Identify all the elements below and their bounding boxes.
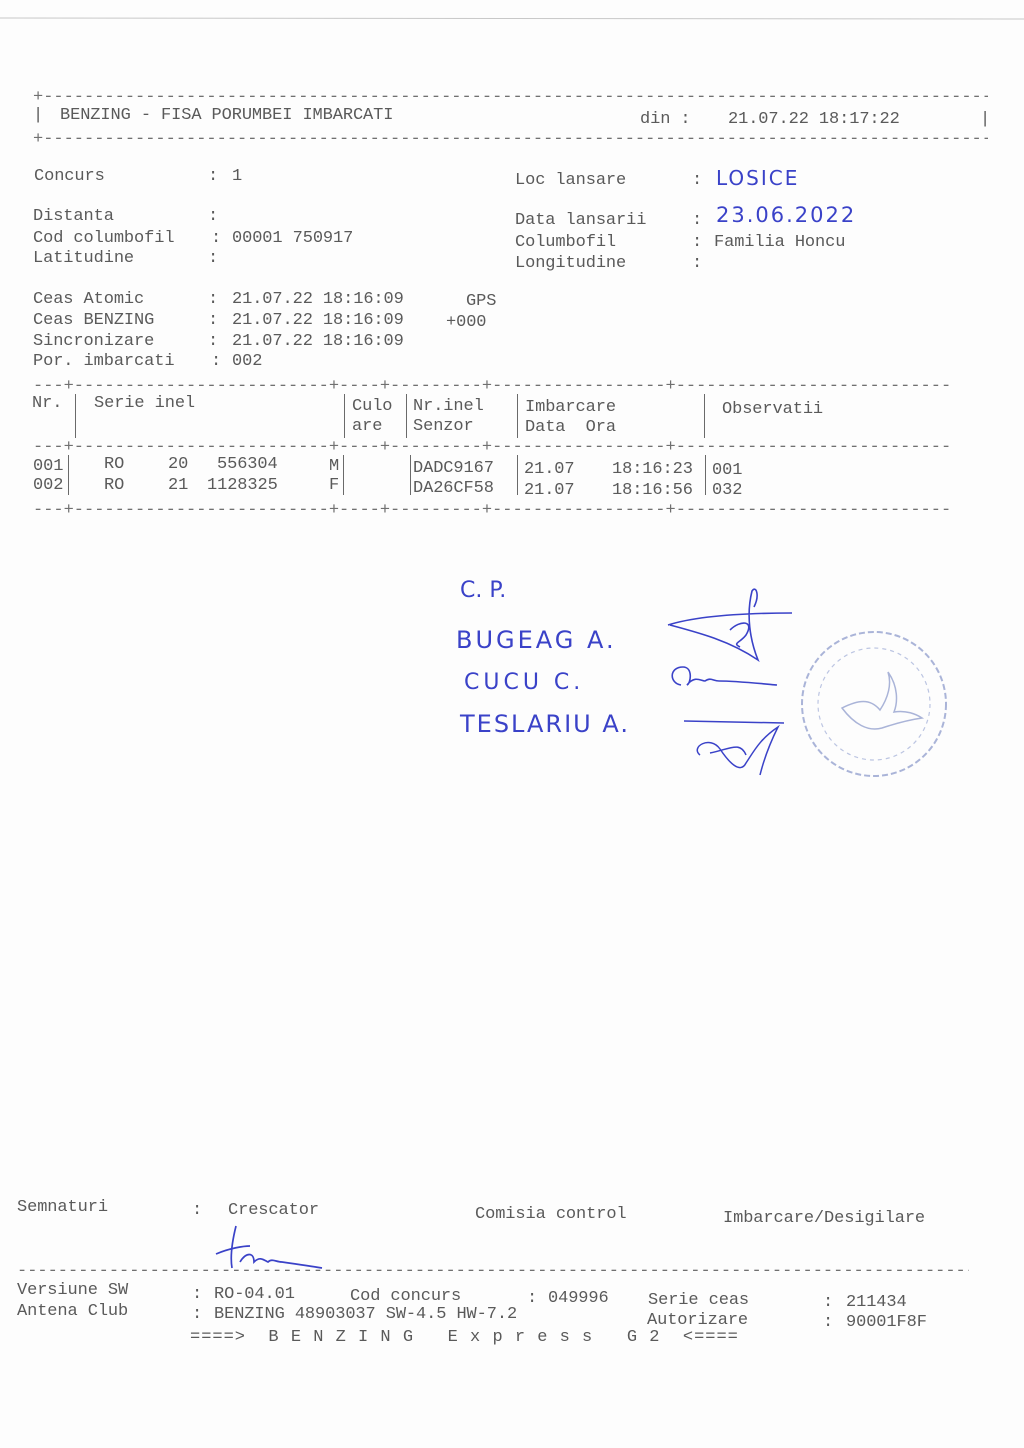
signatures-label: Semnaturi xyxy=(17,1198,108,1218)
th-culoare-1: Culo xyxy=(352,397,392,417)
cell-data: 21.07 xyxy=(524,481,575,501)
cell-observatii: 001 xyxy=(712,461,742,481)
th-observatii: Observatii xyxy=(722,400,823,420)
cell-observatii: 032 xyxy=(712,481,742,501)
label-loc-lansare: Loc lansare xyxy=(515,171,626,191)
colon: : xyxy=(692,211,702,231)
col-divider xyxy=(517,394,518,438)
cell-nr: 001 xyxy=(33,457,63,477)
header-right-bar: | xyxy=(980,110,990,130)
colon: : xyxy=(208,311,218,331)
label-ceas-atomic: Ceas Atomic xyxy=(33,290,144,310)
value-concurs: 1 xyxy=(232,167,242,187)
th-nr: Nr. xyxy=(32,394,62,414)
suffix-ceas-benzing: +000 xyxy=(446,313,486,333)
suffix-ceas-atomic: GPS xyxy=(466,292,496,312)
cell-nr: 002 xyxy=(33,476,63,496)
colon: : xyxy=(208,249,218,269)
signature-comisia-label: Comisia control xyxy=(475,1205,627,1225)
col-divider xyxy=(406,394,407,438)
handwritten-signer-3: TESLARIU A. xyxy=(460,710,630,738)
table-border-bottom: ---+-------------------------+----+-----… xyxy=(33,501,983,521)
cell-sex: F xyxy=(329,476,339,496)
colon: : xyxy=(208,290,218,310)
header-din-label: din : xyxy=(640,110,691,130)
colon: : xyxy=(692,171,702,191)
header-border-bottom: +---------------------------------------… xyxy=(33,130,988,150)
value-cod-columbofil: 00001 750917 xyxy=(232,229,353,249)
label-sincronizare: Sincronizare xyxy=(33,332,154,352)
colon: : xyxy=(823,1313,833,1333)
footer-autorizare-value: 90001F8F xyxy=(846,1313,927,1333)
handwritten-cp: C. P. xyxy=(460,578,506,603)
header-left-bar: | xyxy=(33,106,43,126)
cell-ora: 18:16:56 xyxy=(612,481,693,501)
col-divider xyxy=(344,394,345,438)
colon: : xyxy=(692,254,702,274)
footer-serie-ceas-label: Serie ceas xyxy=(648,1291,749,1311)
footer-divider: ----------------------------------------… xyxy=(17,1262,969,1282)
label-columbofil: Columbofil xyxy=(515,233,616,253)
colon: : xyxy=(192,1305,202,1325)
cell-country: RO xyxy=(104,455,124,475)
label-ceas-benzing: Ceas BENZING xyxy=(33,311,154,331)
cell-senzor: DADC9167 xyxy=(413,459,494,479)
value-loc-lansare: LOSICE xyxy=(716,166,799,190)
colon: : xyxy=(208,167,218,187)
th-nr-inel-2: Senzor xyxy=(413,417,474,437)
value-ceas-atomic: 21.07.22 18:16:09 xyxy=(232,290,404,310)
handwritten-signer-2: CUCU C. xyxy=(464,670,584,695)
signature-crescator-label: Crescator xyxy=(228,1201,319,1221)
colon: : xyxy=(823,1293,833,1313)
th-serie-inel: Serie inel xyxy=(94,394,195,414)
label-distanta: Distanta xyxy=(33,207,114,227)
colon: : xyxy=(192,1285,202,1305)
scan-edge xyxy=(0,18,1024,20)
colon: : xyxy=(211,229,221,249)
th-imbarcare-2: Data Ora xyxy=(525,418,616,438)
label-latitudine: Latitudine xyxy=(33,249,134,269)
footer-banner: ====> B E N Z I N G E x p r e s s G 2 <=… xyxy=(190,1328,739,1348)
cell-country: RO xyxy=(104,476,124,496)
colon: : xyxy=(192,1201,202,1221)
th-nr-inel-1: Nr.inel xyxy=(413,397,484,417)
label-data-lansarii: Data lansarii xyxy=(515,211,646,231)
value-sincronizare: 21.07.22 18:16:09 xyxy=(232,332,404,352)
col-divider xyxy=(343,455,344,495)
cell-year: 20 xyxy=(168,455,188,475)
footer-antena-label: Antena Club xyxy=(17,1302,128,1322)
stamp-icon xyxy=(798,628,950,780)
th-imbarcare-1: Imbarcare xyxy=(525,398,616,418)
cell-year: 21 xyxy=(168,476,188,496)
colon: : xyxy=(527,1289,537,1309)
header-din-value: 21.07.22 18:17:22 xyxy=(728,110,900,130)
footer-versiune-label: Versiune SW xyxy=(17,1281,128,1301)
col-divider xyxy=(704,394,705,438)
handwritten-signer-1: BUGEAG A. xyxy=(456,626,617,654)
col-divider xyxy=(75,394,76,438)
footer-versiune-value: RO-04.01 xyxy=(214,1285,295,1305)
colon: : xyxy=(211,352,221,372)
label-concurs: Concurs xyxy=(34,167,105,187)
col-divider xyxy=(410,455,411,495)
col-divider xyxy=(68,455,69,495)
label-cod-columbofil: Cod columbofil xyxy=(33,229,174,249)
signature-1-icon xyxy=(660,585,800,665)
signature-imbarcare-label: Imbarcare/Desigilare xyxy=(723,1209,925,1229)
footer-cod-concurs-value: 049996 xyxy=(548,1289,609,1309)
signature-3-icon xyxy=(680,715,790,780)
colon: : xyxy=(208,332,218,352)
col-divider xyxy=(705,455,706,495)
label-por-imbarcati: Por. imbarcati xyxy=(33,352,174,372)
header-border-top: +---------------------------------------… xyxy=(33,88,988,108)
cell-ring: 1128325 xyxy=(207,476,278,496)
footer-serie-ceas-value: 211434 xyxy=(846,1293,907,1313)
label-longitudine: Longitudine xyxy=(515,254,626,274)
value-ceas-benzing: 21.07.22 18:16:09 xyxy=(232,311,404,331)
signature-2-icon xyxy=(665,655,785,695)
cell-ora: 18:16:23 xyxy=(612,460,693,480)
value-columbofil: Familia Honcu xyxy=(714,233,845,253)
footer-antena-value: BENZING 48903037 SW-4.5 HW-7.2 xyxy=(214,1305,517,1325)
cell-data: 21.07 xyxy=(524,460,575,480)
footer-cod-concurs-label: Cod concurs xyxy=(350,1287,461,1307)
header-title: BENZING - FISA PORUMBEI IMBARCATI xyxy=(60,106,393,126)
cell-ring: 556304 xyxy=(217,455,278,475)
colon: : xyxy=(692,233,702,253)
colon: : xyxy=(208,207,218,227)
cell-sex: M xyxy=(329,457,339,477)
value-por-imbarcati: 002 xyxy=(232,352,262,372)
value-data-lansarii: 23.06.2022 xyxy=(716,203,856,227)
col-divider xyxy=(517,455,518,495)
th-culoare-2: are xyxy=(352,417,382,437)
cell-senzor: DA26CF58 xyxy=(413,479,494,499)
